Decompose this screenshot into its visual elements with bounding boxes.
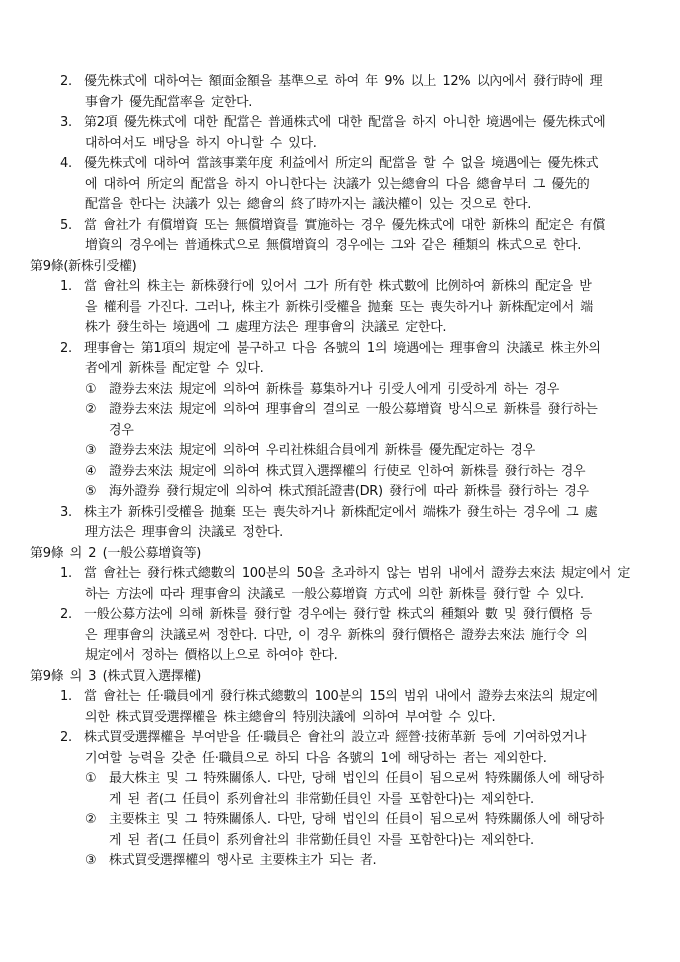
line-text: 優先株式에 대하여는 額面金額을 基準으로 하여 年 9% 以上 12% 以內에…: [84, 74, 602, 89]
document-line: 2.株式買受選擇權을 부여받을 任·職員은 會社의 設立과 經營·技術革新 등에…: [60, 728, 650, 749]
line-text: 增資의 경우에는 普通株式으로 無償增資의 경우에는 그와 같은 種類의 株式으…: [85, 238, 581, 253]
document-line: ③證券去來法 規定에 의하여 우리社株組合員에게 新株를 優先配定하는 경우: [85, 441, 650, 462]
line-marker: ①: [85, 380, 109, 401]
line-text: 證券去來法 規定에 의하여 新株를 募集하거나 引受人에게 引受하게 하는 경우: [109, 382, 559, 397]
line-text: 株가 發生하는 境遇에 그 處理方法은 理事會의 決議로 定한다.: [85, 320, 446, 335]
line-text: 最大株主 및 그 特殊關係人. 다만, 당해 법인의 任員이 됨으로써 特殊關係…: [109, 771, 604, 786]
document-line: 者에게 新株를 配定할 수 있다.: [85, 359, 650, 380]
line-marker: 1.: [60, 687, 84, 708]
document-line: 1.當 會社는 任·職員에게 發行株式總數의 100분의 15의 범위 내에서 …: [60, 687, 650, 708]
document-line: ②主要株主 및 그 特殊關係人. 다만, 당해 법인의 任員이 됨으로써 特殊關…: [85, 810, 650, 831]
document-line: 게 된 者(그 任員이 系列會社의 非常勤任員인 자를 포함한다)는 제외한다.: [109, 831, 650, 852]
document-line: 하는 方法에 따라 理事會의 決議로 一般公募增資 方式에 의한 新株를 發行할…: [85, 585, 650, 606]
line-text: 은 理事會의 決議로써 정한다. 다만, 이 경우 新株의 發行價格은 證券去來…: [85, 628, 588, 643]
line-text: 優先株式에 대하여 當該事業年度 利益에서 所定의 配當을 할 수 없을 境遇에…: [84, 156, 598, 171]
document-line: 1.當 會社의 株主는 新株發行에 있어서 그가 所有한 株式數에 比例하여 新…: [60, 277, 650, 298]
line-marker: 2.: [60, 605, 84, 626]
line-text: 게 된 者(그 任員이 系列會社의 非常勤任員인 자를 포함한다)는 제외한다.: [109, 833, 534, 848]
document-line: 配當을 한다는 決議가 있는 總會의 終了時까지는 議決權이 있는 것으로 한다…: [85, 195, 650, 216]
document-line: ②證券去來法 規定에 의하여 理事會의 결의로 一般公募增資 방식으로 新株를 …: [85, 400, 650, 421]
line-marker: 5.: [60, 216, 84, 237]
line-marker: ②: [85, 400, 109, 421]
line-marker: ①: [85, 769, 109, 790]
line-text: 一般公募方法에 의해 新株를 發行할 경우에는 發行할 株式의 種類와 數 및 …: [84, 607, 592, 622]
document-line: 경우: [109, 421, 650, 442]
line-text: 當 會社는 任·職員에게 發行株式總數의 100분의 15의 범위 내에서 證券…: [84, 689, 598, 704]
document-line: ①最大株主 및 그 特殊關係人. 다만, 당해 법인의 任員이 됨으로써 特殊關…: [85, 769, 650, 790]
document-line: 理方法은 理事會의 決議로 정한다.: [85, 523, 650, 544]
document-line: 株가 發生하는 境遇에 그 處理方法은 理事會의 決議로 定한다.: [85, 318, 650, 339]
document-line: 대하여서도 배당을 하지 아니할 수 있다.: [85, 134, 650, 155]
document-line: 2.理事會는 第1項의 規定에 불구하고 다음 各號의 1의 境遇에는 理事會의…: [60, 339, 650, 360]
line-marker: 2.: [60, 728, 84, 749]
document-line: 2.一般公募方法에 의해 新株를 發行할 경우에는 發行할 株式의 種類와 數 …: [60, 605, 650, 626]
document-line: 을 權利를 가진다. 그러나, 株主가 新株引受權을 抛棄 또는 喪失하거나 新…: [85, 298, 650, 319]
document-line: 規定에서 정하는 價格以上으로 하여야 한다.: [85, 646, 650, 667]
line-marker: 3.: [60, 503, 84, 524]
line-text: 證券去來法 規定에 의하여 理事會의 결의로 一般公募增資 방식으로 新株를 發…: [109, 402, 598, 417]
document-line: 은 理事會의 決議로써 정한다. 다만, 이 경우 新株의 發行價格은 證券去來…: [85, 626, 650, 647]
document-line: 에 대하여 所定의 配當을 하지 아니한다는 決議가 있는總會의 다음 總會부터…: [85, 175, 650, 196]
line-marker: ⑤: [85, 482, 109, 503]
line-text: 게 된 者(그 任員이 系列會社의 非常勤任員인 자를 포함한다)는 제외한다.: [109, 792, 534, 807]
section-heading: 第9條(新株引受權): [30, 257, 650, 278]
line-text: 第9條(新株引受權): [30, 259, 136, 274]
line-marker: 2.: [60, 72, 84, 93]
line-text: 株主가 新株引受權을 抛棄 또는 喪失하거나 新株配定에서 端株가 發生하는 경…: [84, 505, 597, 520]
line-text: 第9條 의 3 (株式買入選擇權): [30, 669, 201, 684]
line-marker: 2.: [60, 339, 84, 360]
line-text: 當 會社가 有償增資 또는 無償增資를 實施하는 경우 優先株式에 대한 新株의…: [84, 218, 605, 233]
line-text: 하는 方法에 따라 理事會의 決議로 一般公募增資 方式에 의한 新株를 發行할…: [85, 587, 584, 602]
line-text: 第9條 의 2 (一般公募增資等): [30, 546, 201, 561]
line-marker: 3.: [60, 113, 84, 134]
document-line: 4.優先株式에 대하여 當該事業年度 利益에서 所定의 配當을 할 수 없을 境…: [60, 154, 650, 175]
line-text: 理事會는 第1項의 規定에 불구하고 다음 各號의 1의 境遇에는 理事會의 決…: [84, 341, 601, 356]
line-text: 기여할 능력을 갖춘 任·職員으로 하되 다음 各號의 1에 해당하는 者는 제…: [85, 751, 547, 766]
line-marker: ③: [85, 851, 109, 872]
line-marker: 4.: [60, 154, 84, 175]
line-text: 配當을 한다는 決議가 있는 總會의 終了時까지는 議決權이 있는 것으로 한다…: [85, 197, 531, 212]
line-marker: 1.: [60, 564, 84, 585]
line-text: 에 대하여 所定의 配當을 하지 아니한다는 決議가 있는總會의 다음 總會부터…: [85, 177, 589, 192]
document-line: 2.優先株式에 대하여는 額面金額을 基準으로 하여 年 9% 以上 12% 以…: [60, 72, 650, 93]
document-body: 2.優先株式에 대하여는 額面金額을 基準으로 하여 年 9% 以上 12% 以…: [0, 0, 680, 872]
document-line: 기여할 능력을 갖춘 任·職員으로 하되 다음 各號의 1에 해당하는 者는 제…: [85, 749, 650, 770]
document-line: ⑤海外證券 發行規定에 의하여 株式預託證書(DR) 發行에 따라 新株를 發行…: [85, 482, 650, 503]
line-text: 대하여서도 배당을 하지 아니할 수 있다.: [85, 136, 317, 151]
line-text: 證券去來法 規定에 의하여 우리社株組合員에게 新株를 優先配定하는 경우: [109, 443, 535, 458]
line-text: 海外證券 發行規定에 의하여 株式預託證書(DR) 發行에 따라 新株를 發行하…: [109, 484, 589, 499]
document-line: ④證券去來法 規定에 의하여 株式買入選擇權의 行使로 인하여 新株를 發行하는…: [85, 462, 650, 483]
line-text: 當 會社의 株主는 新株發行에 있어서 그가 所有한 株式數에 比例하여 新株의…: [84, 279, 592, 294]
document-line: 3.株主가 新株引受權을 抛棄 또는 喪失하거나 新株配定에서 端株가 發生하는…: [60, 503, 650, 524]
line-marker: ②: [85, 810, 109, 831]
document-line: 게 된 者(그 任員이 系列會社의 非常勤任員인 자를 포함한다)는 제외한다.: [109, 790, 650, 811]
document-line: 5.當 會社가 有償增資 또는 無償增資를 實施하는 경우 優先株式에 대한 新…: [60, 216, 650, 237]
line-text: 主要株主 및 그 特殊關係人. 다만, 당해 법인의 任員이 됨으로써 特殊關係…: [109, 812, 604, 827]
document-page: 2.優先株式에 대하여는 額面金額을 基準으로 하여 年 9% 以上 12% 以…: [0, 0, 680, 962]
line-text: 者에게 新株를 配定할 수 있다.: [85, 361, 263, 376]
document-line: 1.當 會社는 發行株式總數의 100분의 50을 초과하지 않는 범위 내에서…: [60, 564, 650, 585]
section-heading: 第9條 의 2 (一般公募增資等): [30, 544, 650, 565]
line-text: 第2項 優先株式에 대한 配當은 普通株式에 대한 配當을 하지 아니한 境遇에…: [84, 115, 605, 130]
document-line: ③株式買受選擇權의 행사로 主要株主가 되는 者.: [85, 851, 650, 872]
document-line: ①證券去來法 規定에 의하여 新株를 募集하거나 引受人에게 引受하게 하는 경…: [85, 380, 650, 401]
document-line: 3.第2項 優先株式에 대한 配當은 普通株式에 대한 配當을 하지 아니한 境…: [60, 113, 650, 134]
section-heading: 第9條 의 3 (株式買入選擇權): [30, 667, 650, 688]
line-text: 證券去來法 規定에 의하여 株式買入選擇權의 行使로 인하여 新株를 發行하는 …: [109, 464, 585, 479]
line-text: 의한 株式買受選擇權을 株主總會의 特別決議에 의하여 부여할 수 있다.: [85, 710, 495, 725]
line-text: 株式買受選擇權을 부여받을 任·職員은 會社의 設立과 經營·技術革新 등에 기…: [84, 730, 586, 745]
document-line: 事會가 優先配當率을 定한다.: [85, 93, 650, 114]
line-text: 경우: [109, 423, 134, 438]
line-text: 事會가 優先配當率을 定한다.: [85, 95, 252, 110]
line-text: 株式買受選擇權의 행사로 主要株主가 되는 者.: [109, 853, 376, 868]
document-line: 의한 株式買受選擇權을 株主總會의 特別決議에 의하여 부여할 수 있다.: [85, 708, 650, 729]
line-marker: ④: [85, 462, 109, 483]
line-text: 當 會社는 發行株式總數의 100분의 50을 초과하지 않는 범위 내에서 證…: [84, 566, 630, 581]
line-text: 을 權利를 가진다. 그러나, 株主가 新株引受權을 抛棄 또는 喪失하거나 新…: [85, 300, 593, 315]
line-text: 規定에서 정하는 價格以上으로 하여야 한다.: [85, 648, 337, 663]
line-marker: ③: [85, 441, 109, 462]
document-line: 增資의 경우에는 普通株式으로 無償增資의 경우에는 그와 같은 種類의 株式으…: [85, 236, 650, 257]
line-text: 理方法은 理事會의 決議로 정한다.: [85, 525, 283, 540]
line-marker: 1.: [60, 277, 84, 298]
